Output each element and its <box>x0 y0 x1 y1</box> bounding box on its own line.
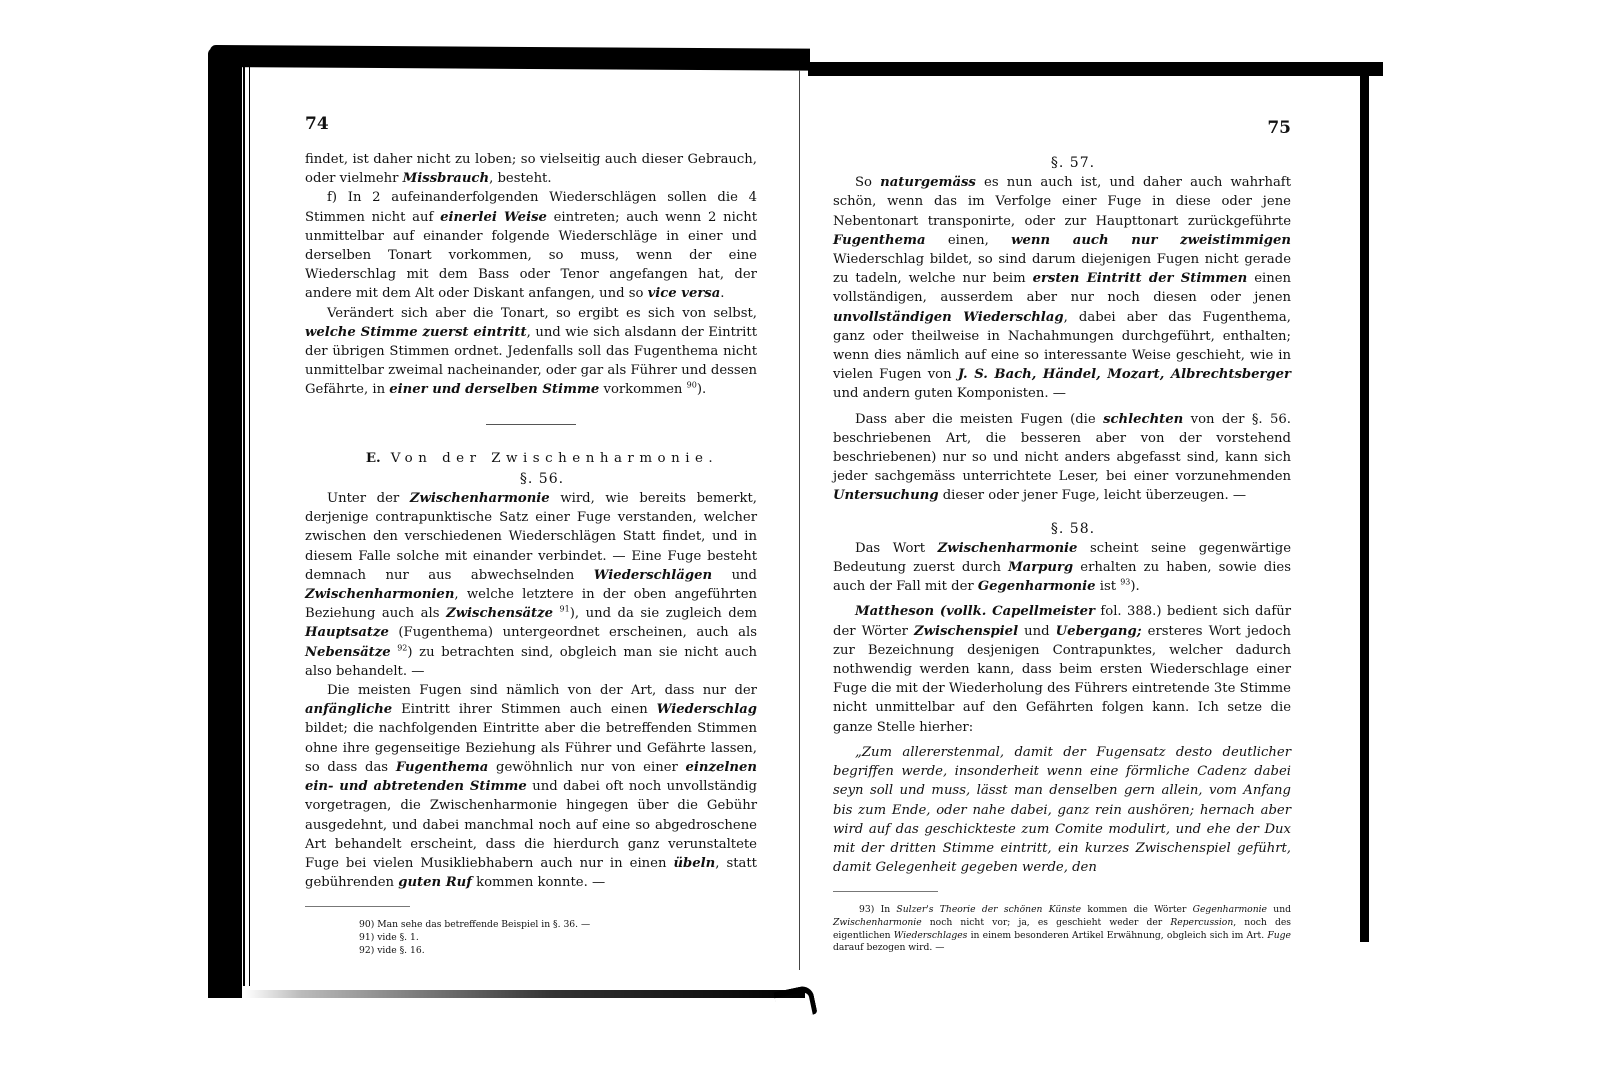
paragraph: findet, ist daher nicht zu loben; so vie… <box>305 150 757 188</box>
emphasis: Fugenthema <box>396 760 489 775</box>
text: Eintritt ihrer Stimmen auch einen <box>392 702 656 717</box>
heading-title: Von der Zwischenharmonie. <box>391 451 719 466</box>
text: gewöhnlich nur von einer <box>488 760 685 775</box>
footnote: 92) vide §. 16. <box>305 945 757 958</box>
text: ), und da sie zugleich dem <box>570 606 757 621</box>
paragraph: Unter der Zwischenharmonie wird, wie ber… <box>305 489 757 681</box>
emphasis: übeln <box>673 856 715 871</box>
book-edge-left-inner <box>243 66 250 986</box>
emphasis: Zwischenharmonien <box>305 587 454 602</box>
paragraph: Mattheson (vollk. Capellmeister fol. 388… <box>833 602 1291 736</box>
footnote: 93) In Sulzer's Theorie der schönen Küns… <box>833 904 1291 954</box>
book-edge-top-right <box>808 62 1383 76</box>
emphasis: welche Stimme zuerst eintritt <box>305 325 527 340</box>
emphasis: Gegenharmonie <box>1193 904 1267 915</box>
footnote-ref[interactable]: 91 <box>560 605 570 614</box>
emphasis: schlechten <box>1103 412 1183 427</box>
emphasis: Fugenthema <box>833 233 926 248</box>
left-page-body: findet, ist daher nicht zu loben; so vie… <box>305 150 757 957</box>
book-edge-bottom <box>245 990 805 998</box>
emphasis: Missbrauch <box>403 171 489 186</box>
text: in einem besonderen Artikel Erwähnung, o… <box>967 930 1267 941</box>
section-number: §. 57. <box>833 154 1291 173</box>
text: So <box>855 175 880 190</box>
emphasis: Fuge <box>1267 930 1291 941</box>
footnote: 91) vide §. 1. <box>305 932 757 945</box>
block-quote: „Zum allererstenmal, damit der Fugensatz… <box>833 743 1291 877</box>
emphasis: naturgemäss <box>880 175 976 190</box>
emphasis: Zwischensätze <box>446 606 553 621</box>
emphasis: wenn auch nur zweistimmigen <box>1011 233 1291 248</box>
text: vorkommen <box>599 382 686 397</box>
text: noch nicht vor; ja, es geschieht weder d… <box>922 917 1171 928</box>
footnotes: 93) In Sulzer's Theorie der schönen Küns… <box>833 904 1291 954</box>
emphasis: Marpurg <box>1008 560 1073 575</box>
text: 93) In <box>859 904 896 915</box>
text: ). <box>697 382 706 397</box>
section-divider <box>486 424 576 425</box>
right-page-body: §. 57. So naturgemäss es nun auch ist, u… <box>833 152 1291 955</box>
text: einen, <box>926 233 1012 248</box>
text: Das Wort <box>855 541 938 556</box>
text: ist <box>1096 579 1121 594</box>
text: Dass aber die meisten Fugen (die <box>855 412 1103 427</box>
emphasis: Zwischenspiel <box>914 624 1018 639</box>
paragraph: Das Wort Zwischenharmonie scheint seine … <box>833 539 1291 597</box>
paragraph: Verändert sich aber die Tonart, so ergib… <box>305 304 757 400</box>
emphasis: guten Ruf <box>398 875 472 890</box>
text: ersteres Wort jedoch zur Bezeichnung des… <box>833 624 1291 735</box>
paragraph: f) In 2 aufeinanderfolgenden Wiederschlä… <box>305 188 757 303</box>
paragraph: Die meisten Fugen sind nämlich von der A… <box>305 681 757 892</box>
emphasis: Zwischenharmonie <box>938 541 1078 556</box>
text: Unter der <box>327 491 410 506</box>
book-edge-left <box>208 48 242 998</box>
text: darauf bezogen wird. — <box>833 942 944 953</box>
emphasis: Zwischenharmonie <box>833 917 922 928</box>
page-number: 74 <box>305 114 329 134</box>
emphasis: Gegenharmonie <box>978 579 1096 594</box>
text: Verändert sich aber die Tonart, so ergib… <box>327 306 757 321</box>
text: , besteht. <box>489 171 552 186</box>
section-number: §. 58. <box>833 520 1291 539</box>
emphasis: ersten Eintritt der Stimmen <box>1033 271 1248 286</box>
emphasis: einer und derselben Stimme <box>389 382 599 397</box>
footnote-divider <box>833 891 938 892</box>
section-number: §. 56. <box>305 470 757 489</box>
footnote-ref[interactable]: 92 <box>397 643 407 652</box>
footnote-ref[interactable]: 93 <box>1120 578 1130 587</box>
emphasis: Zwischenharmonie <box>410 491 550 506</box>
emphasis: Sulzer's Theorie der schönen Künste <box>896 904 1081 915</box>
text: kommen konnte. — <box>472 875 605 890</box>
text: und <box>1267 904 1291 915</box>
text: dieser oder jener Fuge, leicht überzeuge… <box>939 488 1247 503</box>
paragraph: So naturgemäss es nun auch ist, und dahe… <box>833 173 1291 403</box>
paragraph: Dass aber die meisten Fugen (die schlech… <box>833 410 1291 506</box>
footnote-ref[interactable]: 90 <box>687 381 697 390</box>
emphasis: Wiederschlages <box>894 930 968 941</box>
emphasis: J. S. Bach, Händel, Mozart, Albrechtsber… <box>958 367 1291 382</box>
emphasis: Wiederschlägen <box>594 568 712 583</box>
text: (Fugenthema) untergeordnet erscheinen, a… <box>389 625 757 640</box>
scanned-book-spread: 74 findet, ist daher nicht zu loben; so … <box>0 0 1600 1078</box>
quote-text: „Zum allererstenmal, damit der Fugensatz… <box>833 743 1291 877</box>
emphasis: einerlei Weise <box>440 210 547 225</box>
text: Die meisten Fugen sind nämlich von der A… <box>327 683 757 698</box>
book-gutter <box>799 70 800 970</box>
emphasis: Nebensätze <box>305 645 391 660</box>
book-edge-bottom-curl <box>773 984 817 1021</box>
text: ). <box>1130 579 1139 594</box>
text: und <box>712 568 757 583</box>
emphasis: Hauptsatze <box>305 625 389 640</box>
emphasis: vice versa <box>648 286 721 301</box>
book-edge-top-left <box>210 45 810 71</box>
emphasis: Mattheson (vollk. Capellmeister <box>855 604 1095 619</box>
footnote-divider <box>305 906 410 907</box>
emphasis: Wiederschlag <box>657 702 757 717</box>
text: kommen die Wörter <box>1081 904 1193 915</box>
footnotes: 90) Man sehe das betreffende Beispiel in… <box>305 919 757 957</box>
footnote: 90) Man sehe das betreffende Beispiel in… <box>305 919 757 932</box>
text: und <box>1018 624 1056 639</box>
emphasis: anfängliche <box>305 702 392 717</box>
emphasis: unvollständigen Wiederschlag <box>833 310 1064 325</box>
text: . <box>720 286 724 301</box>
emphasis: Repercussion <box>1170 917 1233 928</box>
text: und andern guten Komponisten. — <box>833 386 1066 401</box>
book-edge-right <box>1360 62 1369 942</box>
emphasis: Uebergang; <box>1056 624 1142 639</box>
emphasis: Untersuchung <box>833 488 939 503</box>
heading-letter: E. <box>366 450 381 466</box>
chapter-heading: E.Von der Zwischenharmonie. <box>305 449 757 468</box>
page-number: 75 <box>1267 118 1291 138</box>
